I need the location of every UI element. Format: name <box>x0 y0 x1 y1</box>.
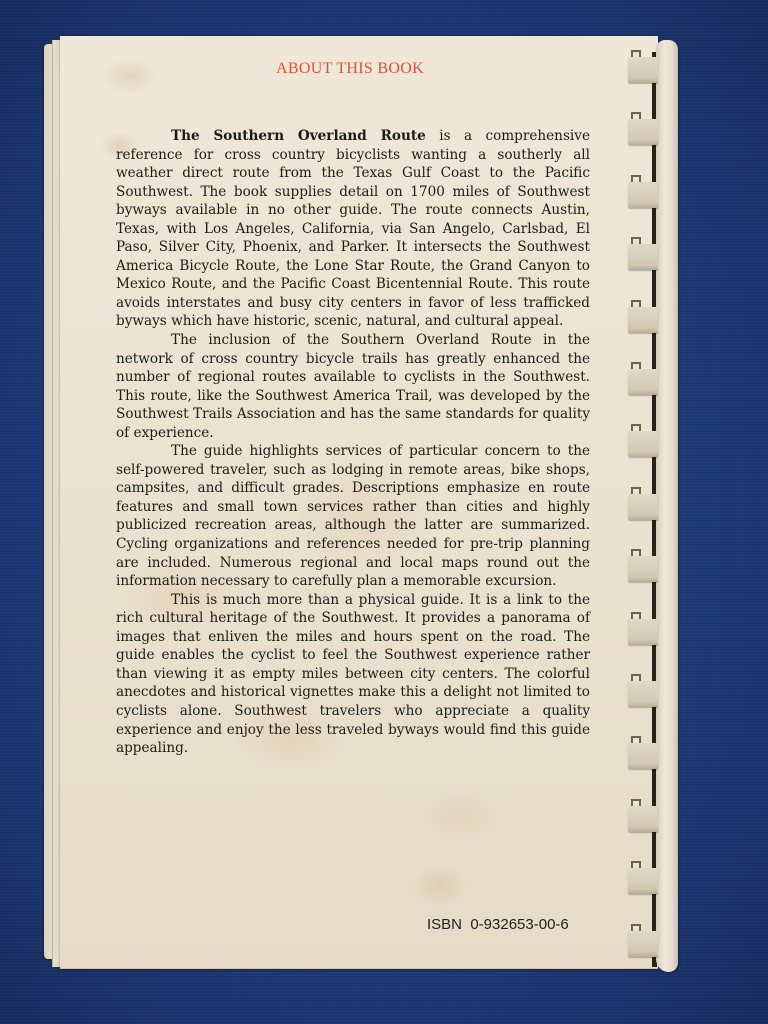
paragraph-2: The inclusion of the Southern Overland R… <box>116 331 590 442</box>
binding-tab <box>628 806 658 832</box>
binding-tab <box>628 931 658 957</box>
binding-tab <box>628 369 658 395</box>
binding-tab <box>628 307 658 333</box>
paragraph-4: This is much more than a physical guide.… <box>116 591 590 758</box>
binding-tab <box>628 494 658 520</box>
binding-tab <box>628 119 658 145</box>
binding-tab <box>628 681 658 707</box>
binding-tab <box>628 556 658 582</box>
paragraph-1: The Southern Overland Route is a compreh… <box>116 127 590 331</box>
paragraph-3: The guide highlights services of particu… <box>116 442 590 590</box>
binding-tab <box>628 182 658 208</box>
binding-tab <box>628 743 658 769</box>
binding-tab <box>628 431 658 457</box>
body-text: The Southern Overland Route is a compreh… <box>116 127 590 758</box>
binding-tab <box>628 868 658 894</box>
comb-binding-spine <box>656 40 678 972</box>
page-title: ABOUT THIS BOOK <box>60 60 640 78</box>
binding-tab <box>628 619 658 645</box>
isbn-number: ISBN 0-932653-00-6 <box>427 916 569 933</box>
book-name-bold: The Southern Overland Route <box>171 128 426 144</box>
binding-tab <box>628 244 658 270</box>
